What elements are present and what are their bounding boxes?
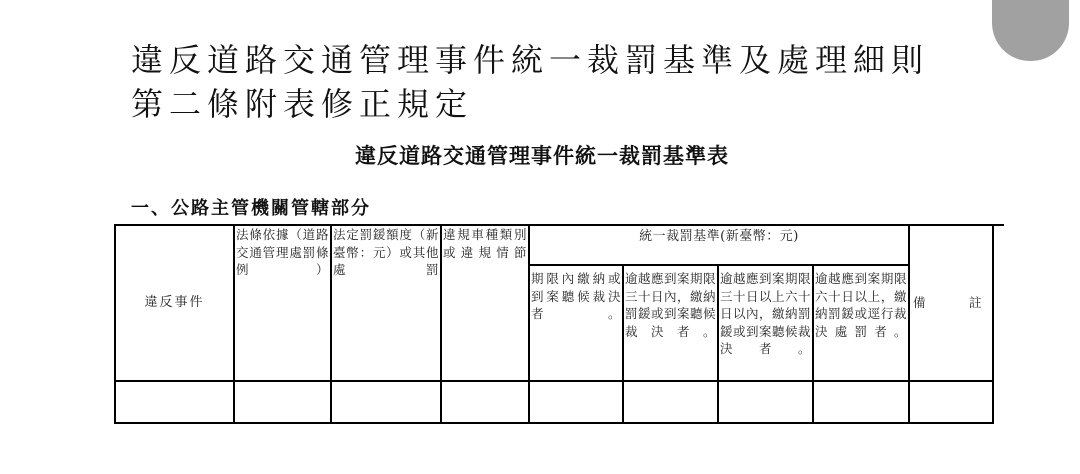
header-event: 違反事件: [115, 225, 234, 381]
header-vehicle-type: 違規車種類別或違規情節: [441, 225, 529, 381]
header-sub-30-to-60-days: 逾越應到案期限三十日以上六十日以內，繳納罰鍰或到案聽候裁決者。: [718, 265, 813, 381]
header-sub-over-60-days: 逾越應到案期限六十日以上，繳納罰鍰或逕行裁決處罰者。: [813, 265, 909, 381]
row-standard-over-60: [813, 381, 909, 423]
header-note-right: 註: [969, 294, 982, 312]
header-unified-standard: 統一裁罰基準(新臺幣：元): [529, 225, 909, 265]
header-note-left: 備: [913, 294, 926, 312]
header-legal-basis-text: 法條依據（道路交通管理處罰條例）: [236, 226, 329, 279]
row-standard-30-60: [718, 381, 813, 423]
header-statutory-fine: 法定罰鍰額度（新臺幣：元）或其他處罰: [331, 225, 441, 381]
row-legal-basis: [234, 381, 331, 423]
header-legal-basis: 法條依據（道路交通管理處罰條例）: [234, 225, 331, 381]
section-heading: 一、公路主管機關管轄部分: [131, 194, 371, 220]
header-note: 備 註: [909, 225, 993, 381]
table-title: 違反道路交通管理事件統一裁罰基準表: [0, 140, 1080, 170]
row-statutory-fine: [331, 381, 441, 423]
document-title: 違反道路交通管理事件統一裁罰基準及處理細則第二條附表修正規定: [131, 38, 951, 126]
header-vehicle-type-text: 違規車種類別或違規情節: [443, 226, 527, 261]
row-vehicle-type: [441, 381, 529, 423]
page-tab-decoration: [992, 0, 1069, 61]
header-statutory-fine-text: 法定罰鍰額度（新臺幣：元）或其他處罰: [333, 226, 439, 279]
row-event: [115, 381, 234, 423]
table-row: [115, 381, 993, 423]
row-standard-within-30: [623, 381, 718, 423]
row-note: [909, 381, 993, 423]
penalty-standard-table: 違反事件 法條依據（道路交通管理處罰條例） 法定罰鍰額度（新臺幣：元）或其他處罰…: [114, 224, 994, 424]
header-sub-on-time: 期限內繳納或到案聽候裁決者。: [529, 265, 623, 381]
header-row-1: 違反事件 法條依據（道路交通管理處罰條例） 法定罰鍰額度（新臺幣：元）或其他處罰…: [115, 225, 993, 265]
header-sub-within-30-days: 逾越應到案期限三十日內，繳納罰鍰或到案聽候裁決者。: [623, 265, 718, 381]
row-standard-on-time: [529, 381, 623, 423]
